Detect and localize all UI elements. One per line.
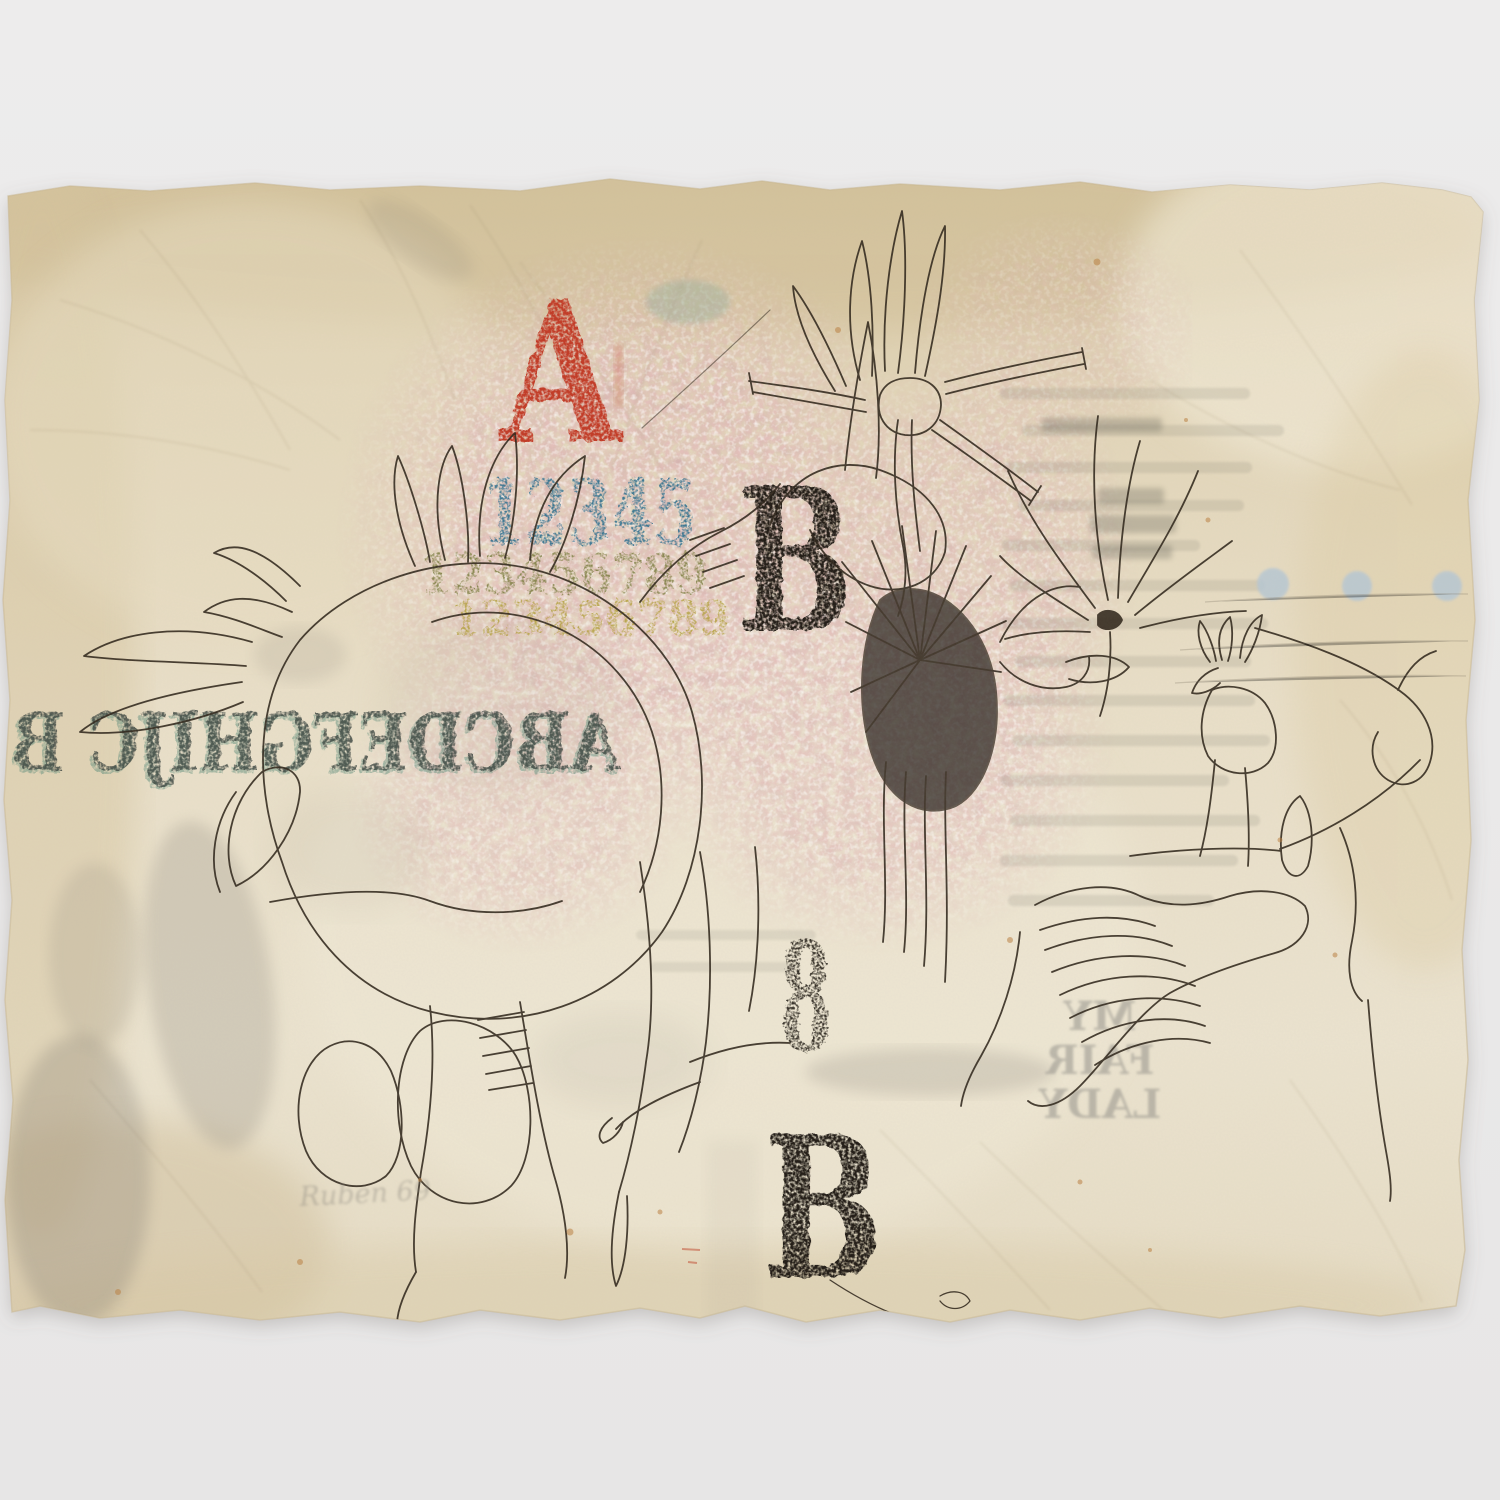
artwork-canvas: ABCDEFGHIJC B ABCDEFGHIJC B A 12345 1234…	[0, 0, 1500, 1500]
artwork-photo: ABCDEFGHIJC B ABCDEFGHIJC B A 12345 1234…	[0, 0, 1500, 1500]
paper-grain	[0, 180, 1500, 1330]
